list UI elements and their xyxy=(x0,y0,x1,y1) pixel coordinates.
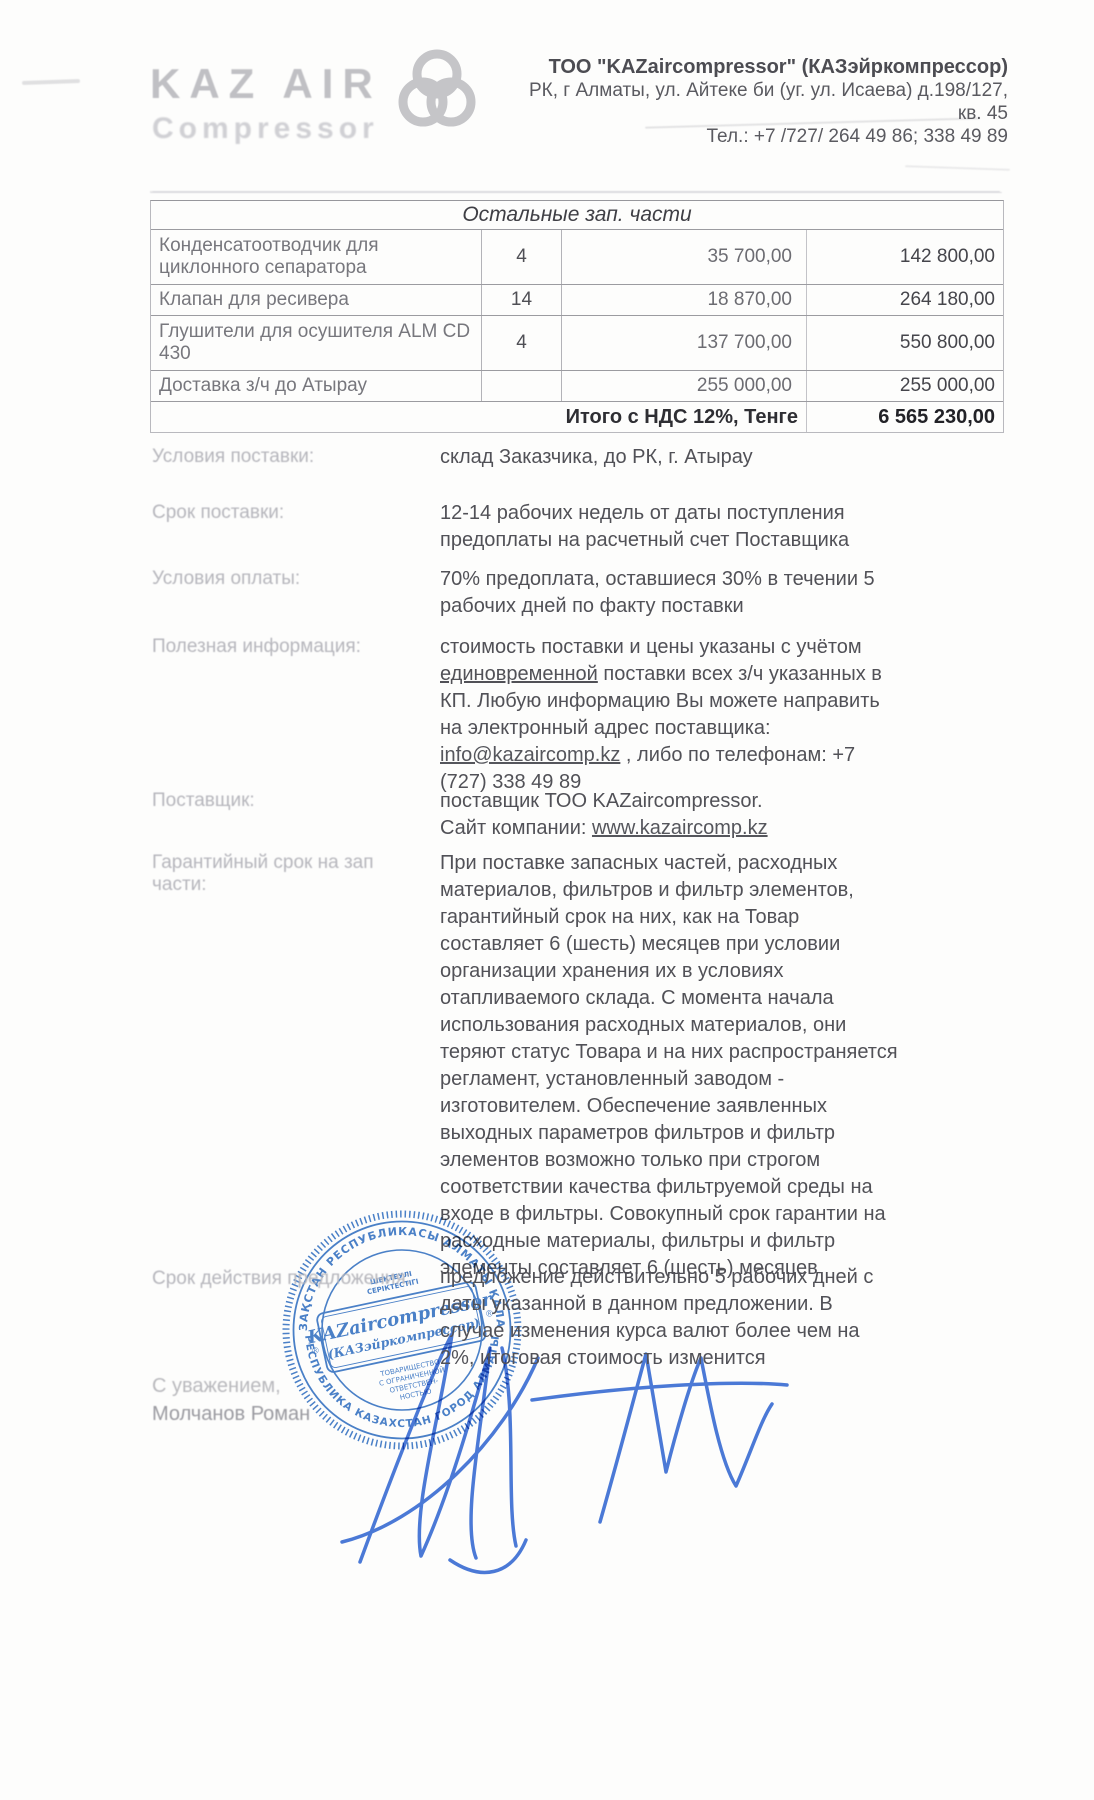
scanned-quotation-document: KAZ AIR Compressor ТОО "KAZaircompressor… xyxy=(0,0,1094,1800)
email-link: info@kazaircomp.kz xyxy=(440,744,620,766)
company-name: ТОО "KAZaircompressor" (КАЗэйркомпрессор… xyxy=(520,56,1008,79)
payment-terms-label: Условия оплаты: xyxy=(152,568,432,590)
supplier-line: поставщик ТОО KAZaircompressor. xyxy=(440,788,898,815)
part-qty xyxy=(481,371,561,401)
delivery-time-label: Срок поставки: xyxy=(152,502,432,524)
payment-terms-value: 70% предоплата, оставшиеся 30% в течении… xyxy=(440,566,898,620)
part-qty: 4 xyxy=(481,230,561,284)
part-total: 255 000,00 xyxy=(806,371,1003,401)
part-price: 18 870,00 xyxy=(561,285,806,315)
total-value: 6 565 230,00 xyxy=(806,402,1003,432)
part-name: Глушители для осушителя ALM CD 430 xyxy=(151,316,481,370)
part-total: 142 800,00 xyxy=(806,230,1003,284)
company-header-block: ТОО "KAZaircompressor" (КАЗэйркомпрессор… xyxy=(520,56,1008,148)
info-underlined-word: единовременной xyxy=(440,663,598,685)
supplier-line: Сайт компании: www.kazaircomp.kz xyxy=(440,815,898,842)
delivery-terms-value: склад Заказчика, до РК, г. Атырау xyxy=(440,444,898,471)
part-total: 550 800,00 xyxy=(806,316,1003,370)
part-qty: 4 xyxy=(481,316,561,370)
part-qty: 14 xyxy=(481,285,561,315)
supplier-label: Поставщик: xyxy=(152,790,432,812)
scan-artifact xyxy=(22,79,80,85)
company-address: РК, г Алматы, ул. Айтеке би (уг. ул. Иса… xyxy=(520,79,1008,125)
website-link: www.kazaircomp.kz xyxy=(592,817,768,839)
table-row: Конденсатоотводчик для циклонного сепара… xyxy=(151,229,1003,284)
supplier-value: поставщик ТОО KAZaircompressor. Сайт ком… xyxy=(440,788,898,842)
part-price: 137 700,00 xyxy=(561,316,806,370)
scan-artifact xyxy=(150,191,1002,193)
part-price: 255 000,00 xyxy=(561,371,806,401)
part-total: 264 180,00 xyxy=(806,285,1003,315)
knot-logo-icon xyxy=(392,44,482,140)
info-label: Полезная информация: xyxy=(152,636,432,658)
website-prefix: Сайт компании: xyxy=(440,817,592,839)
warranty-label: Гарантийный срок на зап части: xyxy=(152,852,432,896)
part-name: Клапан для ресивера xyxy=(151,285,481,315)
company-logo-text: KAZ AIR xyxy=(150,60,382,108)
total-label: Итого с НДС 12%, Тенге xyxy=(151,402,806,432)
spare-parts-table: Остальные зап. части Конденсатоотводчик … xyxy=(150,200,1004,433)
table-total-row: Итого с НДС 12%, Тенге 6 565 230,00 xyxy=(151,401,1003,432)
scan-artifact xyxy=(905,165,1010,171)
info-text: стоимость поставки и цены указаны с учёт… xyxy=(440,636,862,658)
table-row: Доставка з/ч до Атырау 255 000,00 255 00… xyxy=(151,370,1003,401)
info-value: стоимость поставки и цены указаны с учёт… xyxy=(440,634,898,796)
delivery-time-value: 12-14 рабочих недель от даты поступления… xyxy=(440,500,898,554)
table-row: Клапан для ресивера 14 18 870,00 264 180… xyxy=(151,284,1003,315)
validity-value: предложение действительно 5 рабочих дней… xyxy=(440,1264,898,1372)
table-section-title: Остальные зап. части xyxy=(151,201,1003,229)
part-name: Доставка з/ч до Атырау xyxy=(151,371,481,401)
table-row: Глушители для осушителя ALM CD 430 4 137… xyxy=(151,315,1003,370)
part-name: Конденсатоотводчик для циклонного сепара… xyxy=(151,230,481,284)
part-price: 35 700,00 xyxy=(561,230,806,284)
company-logo-subtext: Compressor xyxy=(152,112,379,146)
company-phone: Тел.: +7 /727/ 264 49 86; 338 49 89 xyxy=(520,125,1008,148)
delivery-terms-label: Условия поставки: xyxy=(152,446,432,468)
validity-label: Срок действия предложения: xyxy=(152,1268,432,1290)
